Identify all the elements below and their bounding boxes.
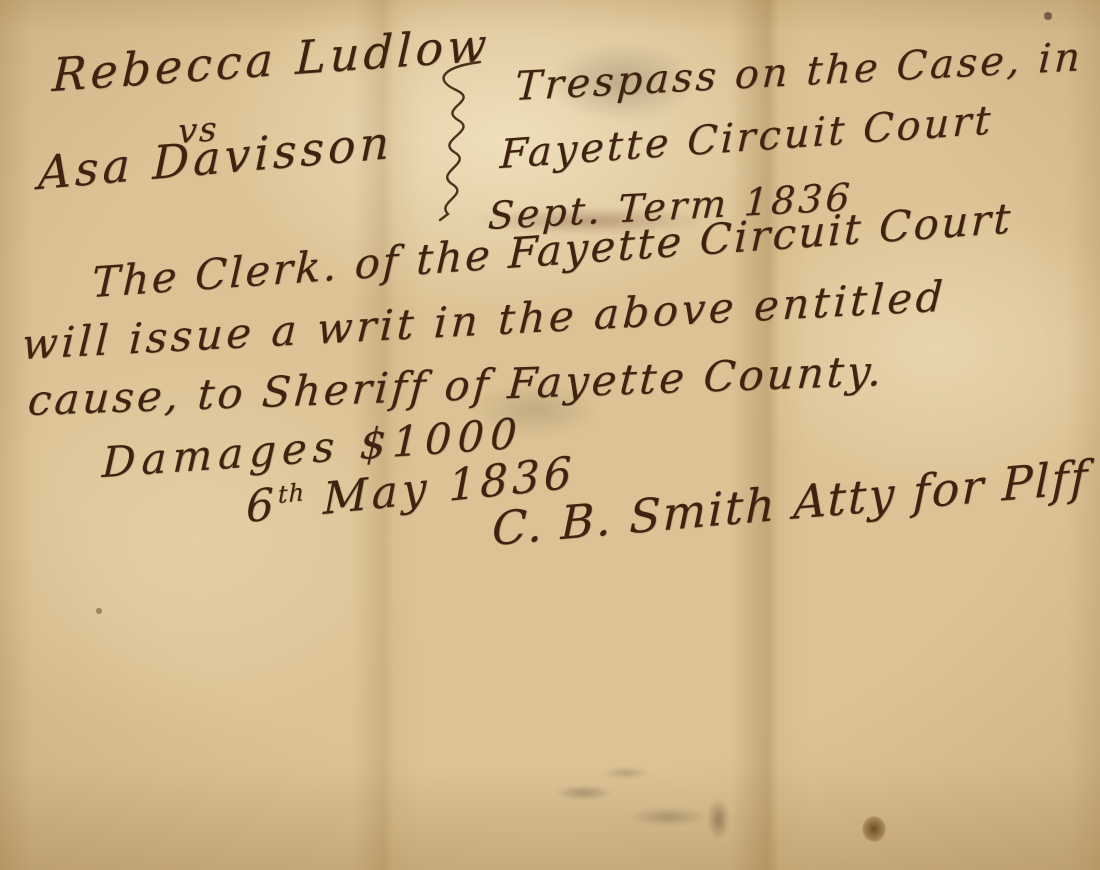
ink-spot-bottom-right [862,816,886,842]
date-day: 6 [246,479,278,534]
stain-bottom [500,740,780,850]
speck-left [96,608,102,614]
date-ordinal: th [278,478,305,509]
manuscript-page: Rebecca Ludlow vs Asa Davisson Trespass … [0,0,1100,870]
case-caption-brace-icon [418,56,488,224]
attorney-signature: C. B. Smith Atty for Plff [492,450,1090,557]
speck-top-right [1044,12,1052,20]
court-name-line: Fayette Circuit Court [499,97,994,178]
cause-of-action-line: Trespass on the Case, in [514,34,1084,110]
